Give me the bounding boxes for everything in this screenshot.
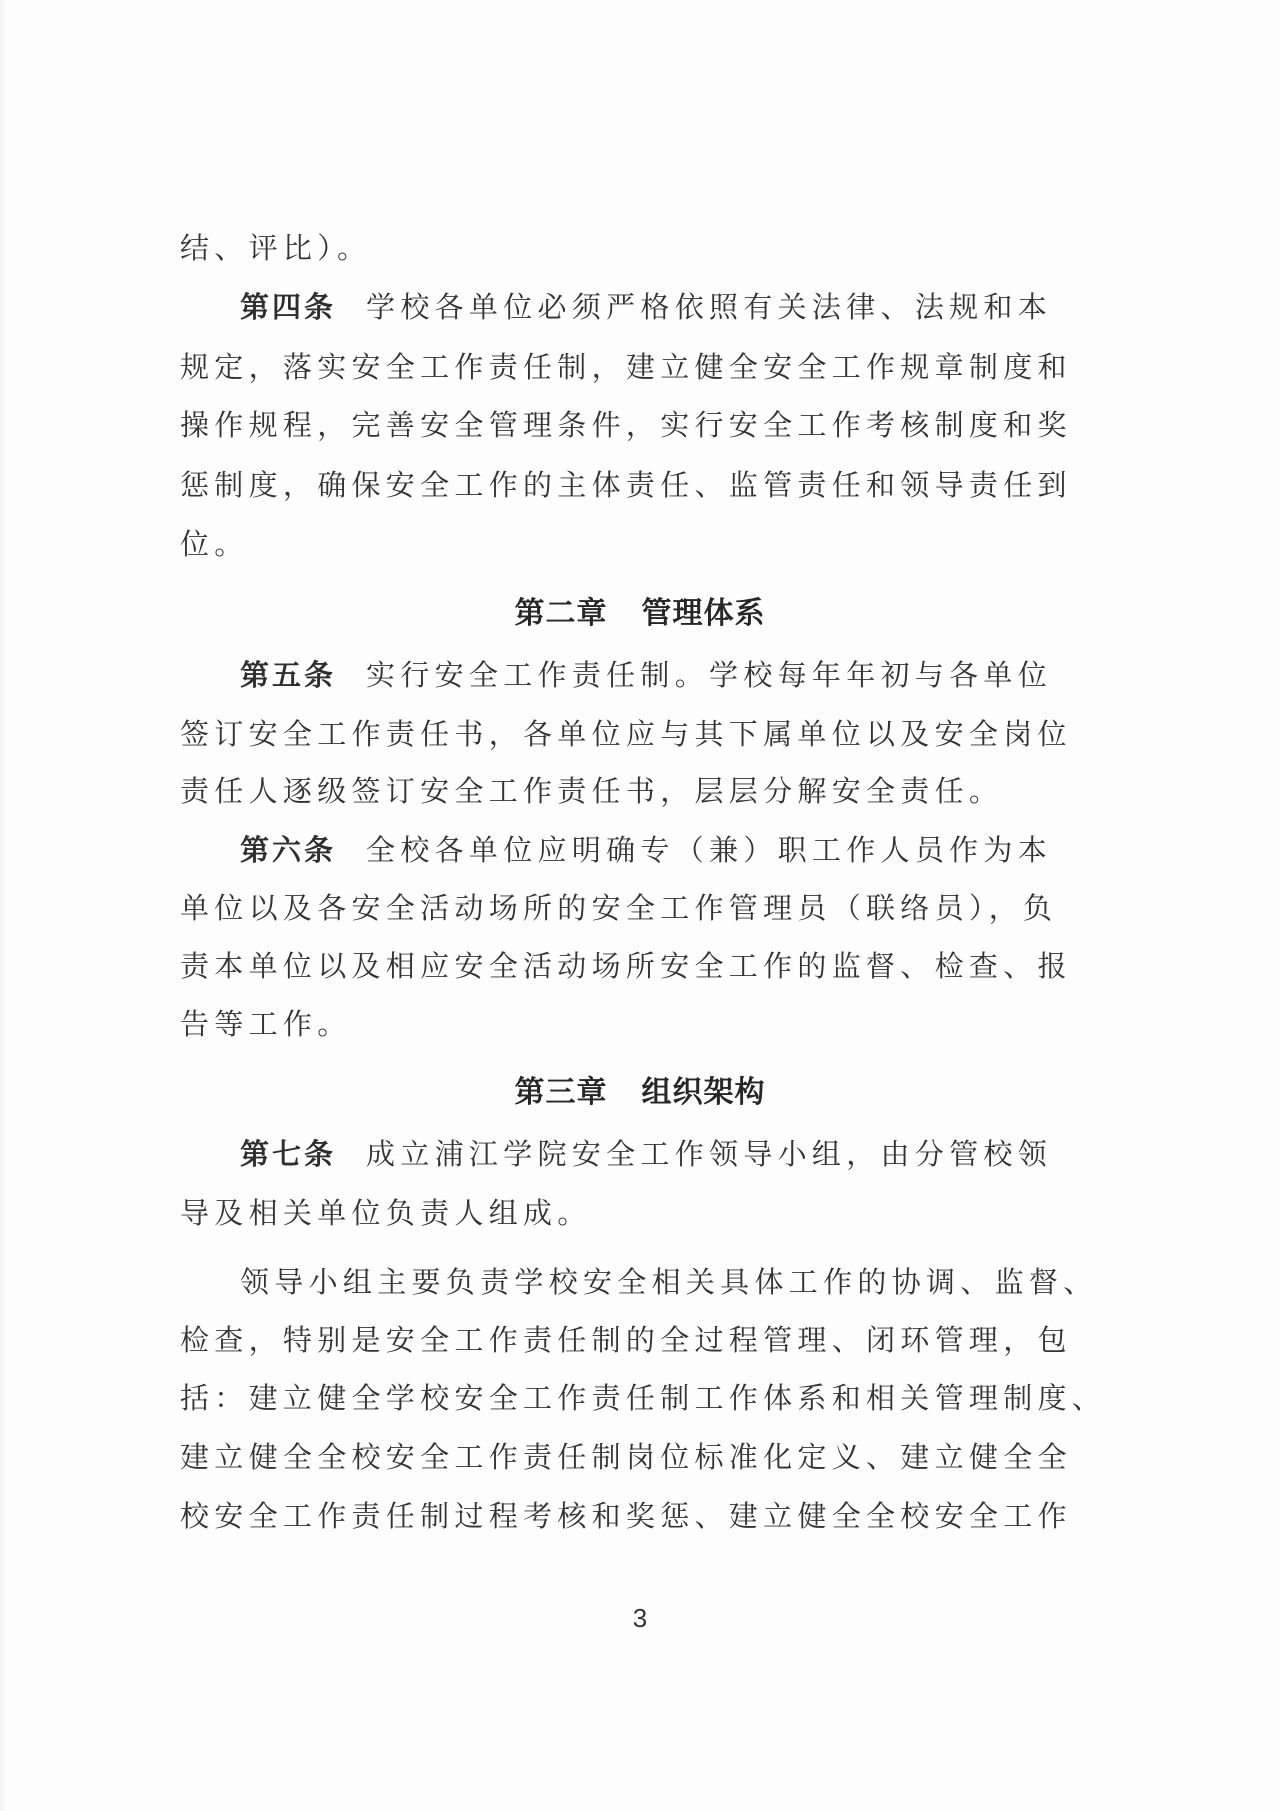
article-7-number: 第七条 [240, 1137, 336, 1171]
scan-edge-left [0, 0, 6, 1811]
chapter-3-number: 第三章 [515, 1075, 608, 1110]
article-5-number: 第五条 [240, 658, 336, 692]
article-6-text-2: 单位以及各安全活动场所的安全工作管理员（联络员），负 [180, 891, 1057, 925]
leading-group-text-5: 校安全工作责任制过程考核和奖惩、建立健全全校安全工作 [180, 1499, 1072, 1533]
leading-group-text-4: 建立健全全校安全工作责任制岗位标准化定义、建立健全全 [180, 1440, 1072, 1474]
article-5-text-3: 责任人逐级签订安全工作责任书，层层分解安全责任。 [180, 774, 1003, 808]
leading-group-text-3: 括：建立健全学校安全工作责任制工作体系和相关管理制度、 [180, 1381, 1106, 1415]
article-4-number: 第四条 [240, 290, 336, 324]
chapter-2-number: 第二章 [515, 596, 608, 631]
article-4-text-4: 惩制度，确保安全工作的主体责任、监管责任和领导责任到 [180, 468, 1072, 502]
document-page: 结、评比）。 第四条学校各单位必须严格依照有关法律、法规和本 规定，落实安全工作… [0, 0, 1280, 1811]
article-7-line-1: 第七条成立浦江学院安全工作领导小组，由分管校领 [180, 1134, 1110, 1174]
continuation-text: 结、评比）。 [180, 231, 371, 265]
leading-group-line-1: 领导小组主要负责学校安全相关具体工作的协调、监督、 [180, 1262, 1110, 1302]
continuation-line: 结、评比）。 [180, 228, 1110, 268]
leading-group-line-5: 校安全工作责任制过程考核和奖惩、建立健全全校安全工作 [180, 1496, 1110, 1536]
article-4-text-3: 操作规程，完善安全管理条件，实行安全工作考核制度和奖 [180, 408, 1072, 442]
article-4-line-4: 惩制度，确保安全工作的主体责任、监管责任和领导责任到 [180, 465, 1110, 505]
leading-group-line-3: 括：建立健全学校安全工作责任制工作体系和相关管理制度、 [180, 1378, 1110, 1418]
article-5-text-1: 实行安全工作责任制。学校每年年初与各单位 [366, 658, 1052, 692]
article-6-line-3: 责本单位以及相应安全活动场所安全工作的监督、检查、报 [180, 946, 1110, 986]
article-6-line-2: 单位以及各安全活动场所的安全工作管理员（联络员），负 [180, 888, 1110, 928]
leading-group-text-1: 领导小组主要负责学校安全相关具体工作的协调、监督、 [240, 1265, 1098, 1299]
article-4-line-2: 规定，落实安全工作责任制，建立健全安全工作规章制度和 [180, 347, 1110, 387]
chapter-2-title: 管理体系 [642, 596, 766, 631]
article-7-text-1: 成立浦江学院安全工作领导小组，由分管校领 [366, 1137, 1052, 1171]
article-4-text-2: 规定，落实安全工作责任制，建立健全安全工作规章制度和 [180, 350, 1072, 384]
article-4-line-1: 第四条学校各单位必须严格依照有关法律、法规和本 [180, 287, 1110, 327]
article-6-text-3: 责本单位以及相应安全活动场所安全工作的监督、检查、报 [180, 949, 1072, 983]
leading-group-line-2: 检查，特别是安全工作责任制的全过程管理、闭环管理，包 [180, 1320, 1110, 1360]
chapter-3-title: 组织架构 [642, 1075, 766, 1110]
article-5-text-2: 签订安全工作责任书，各单位应与其下属单位以及安全岗位 [180, 717, 1072, 751]
article-4-line-5: 位。 [180, 524, 1110, 564]
leading-group-line-4: 建立健全全校安全工作责任制岗位标准化定义、建立健全全 [180, 1437, 1110, 1477]
article-5-line-3: 责任人逐级签订安全工作责任书，层层分解安全责任。 [180, 771, 1110, 811]
article-5-line-2: 签订安全工作责任书，各单位应与其下属单位以及安全岗位 [180, 714, 1110, 754]
article-6-text-1: 全校各单位应明确专（兼）职工作人员作为本 [366, 833, 1052, 867]
page-number: 3 [0, 1600, 1280, 1636]
article-7-text-2: 导及相关单位负责人组成。 [180, 1196, 592, 1230]
article-6-line-4: 告等工作。 [180, 1004, 1110, 1044]
article-6-line-1: 第六条全校各单位应明确专（兼）职工作人员作为本 [180, 830, 1110, 870]
article-4-line-3: 操作规程，完善安全管理条件，实行安全工作考核制度和奖 [180, 405, 1110, 445]
chapter-2-heading: 第二章管理体系 [0, 594, 1280, 634]
article-5-line-1: 第五条实行安全工作责任制。学校每年年初与各单位 [180, 655, 1110, 695]
article-7-line-2: 导及相关单位负责人组成。 [180, 1193, 1110, 1233]
leading-group-text-2: 检查，特别是安全工作责任制的全过程管理、闭环管理，包 [180, 1323, 1072, 1357]
article-6-text-4: 告等工作。 [180, 1007, 352, 1041]
article-4-text-1: 学校各单位必须严格依照有关法律、法规和本 [366, 290, 1052, 324]
article-6-number: 第六条 [240, 833, 336, 867]
chapter-3-heading: 第三章组织架构 [0, 1073, 1280, 1113]
article-4-text-5: 位。 [180, 527, 249, 561]
